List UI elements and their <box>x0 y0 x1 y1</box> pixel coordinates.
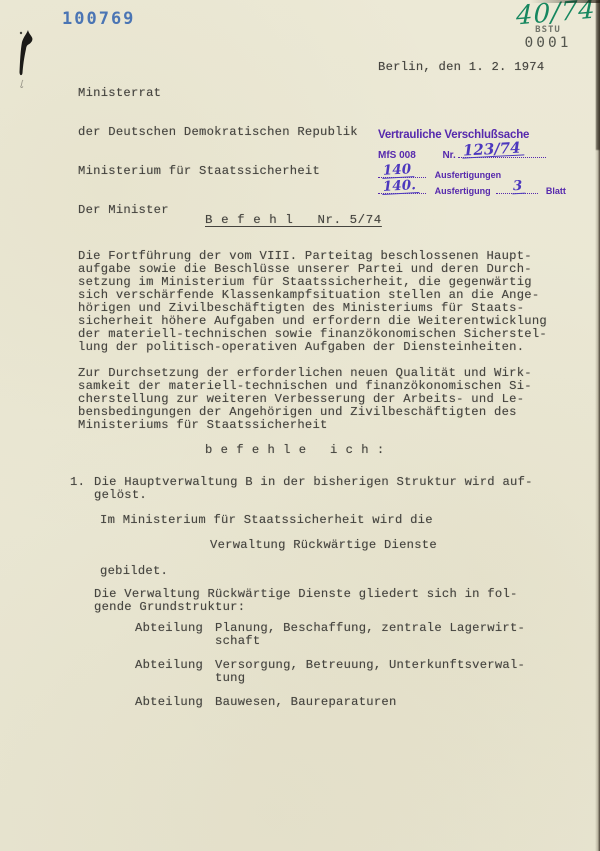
item-1-line-1: Die Hauptverwaltung B in der bisherigen … <box>94 476 533 502</box>
department-value: Planung, Beschaffung, zentrale Lagerwirt… <box>215 622 525 648</box>
serial-number-stamp: 100769 <box>62 9 135 29</box>
department-row: Abteilung Versorgung, Betreuung, Unterku… <box>135 659 525 685</box>
classification-org: MfS 008 <box>378 150 416 161</box>
department-row: Abteilung Bauwesen, Baureparaturen <box>135 696 397 709</box>
copy-sheets-row: 140. Ausfertigung 3 Blatt <box>378 182 566 197</box>
copies-fill-line: 140 <box>378 166 426 178</box>
item-1-number: 1. <box>70 476 85 489</box>
bstu-label: BSTU <box>522 25 574 35</box>
bstu-page-number: 0001 <box>522 35 574 51</box>
item-1-line-4: Die Verwaltung Rückwärtige Dienste glied… <box>94 588 518 614</box>
copies-label: Ausfertigungen <box>435 170 502 180</box>
order-intro: b e f e h l e i c h : <box>205 444 385 457</box>
department-label: Abteilung <box>135 622 215 648</box>
handwritten-sheets-value: 3 <box>512 180 526 195</box>
nr-label: Nr. <box>442 150 455 161</box>
document-page: 100769 40/74 BSTU 0001 Ministerrat der D… <box>0 0 600 851</box>
department-label: Abteilung <box>135 659 215 685</box>
classification-stamp: Vertrauliche Verschlußsache MfS 008 Nr. … <box>378 129 558 141</box>
scan-edge-top-right <box>530 0 600 3</box>
paragraph-2: Zur Durchsetzung der erforderlichen neue… <box>78 367 532 432</box>
department-row: Abteilung Planung, Beschaffung, zentrale… <box>135 622 525 648</box>
bstu-stamp: BSTU 0001 <box>522 25 574 51</box>
dateline: Berlin, den 1. 2. 1974 <box>378 61 544 74</box>
handwritten-nr-value: 123/74 <box>462 141 524 158</box>
classification-number-row: MfS 008 Nr. 123/74 <box>378 146 546 161</box>
letterhead-line: Ministerrat <box>78 87 358 100</box>
sheets-fill-line: 3 <box>496 182 538 194</box>
department-value: Versorgung, Betreuung, Unterkunftsverwal… <box>215 659 525 685</box>
letterhead-line: der Deutschen Demokratischen Republik <box>78 126 358 139</box>
paragraph-1: Die Fortführung der vom VIII. Parteitag … <box>78 250 547 354</box>
nr-fill-line: 123/74 <box>458 146 546 158</box>
classification-title: Vertrauliche Verschlußsache <box>378 129 558 141</box>
department-label: Abteilung <box>135 696 215 709</box>
document-title: B e f e h l Nr. 5/74 <box>205 214 382 227</box>
scan-edge-right-top <box>596 0 600 150</box>
department-value: Bauwesen, Baureparaturen <box>215 696 397 709</box>
copy-fill-line: 140. <box>378 182 426 194</box>
item-1-line-3: gebildet. <box>100 565 168 578</box>
sheets-label: Blatt <box>546 186 566 196</box>
handwritten-copy-value: 140. <box>382 179 420 195</box>
ink-blot-icon <box>14 28 40 88</box>
item-1-line-2: Im Ministerium für Staatssicherheit wird… <box>100 514 433 527</box>
letterhead-line: Ministerium für Staatssicherheit <box>78 165 358 178</box>
ink-blot-mark <box>14 28 40 93</box>
item-1-emphasis: Verwaltung Rückwärtige Dienste <box>210 539 437 552</box>
copy-label: Ausfertigung <box>435 186 491 196</box>
